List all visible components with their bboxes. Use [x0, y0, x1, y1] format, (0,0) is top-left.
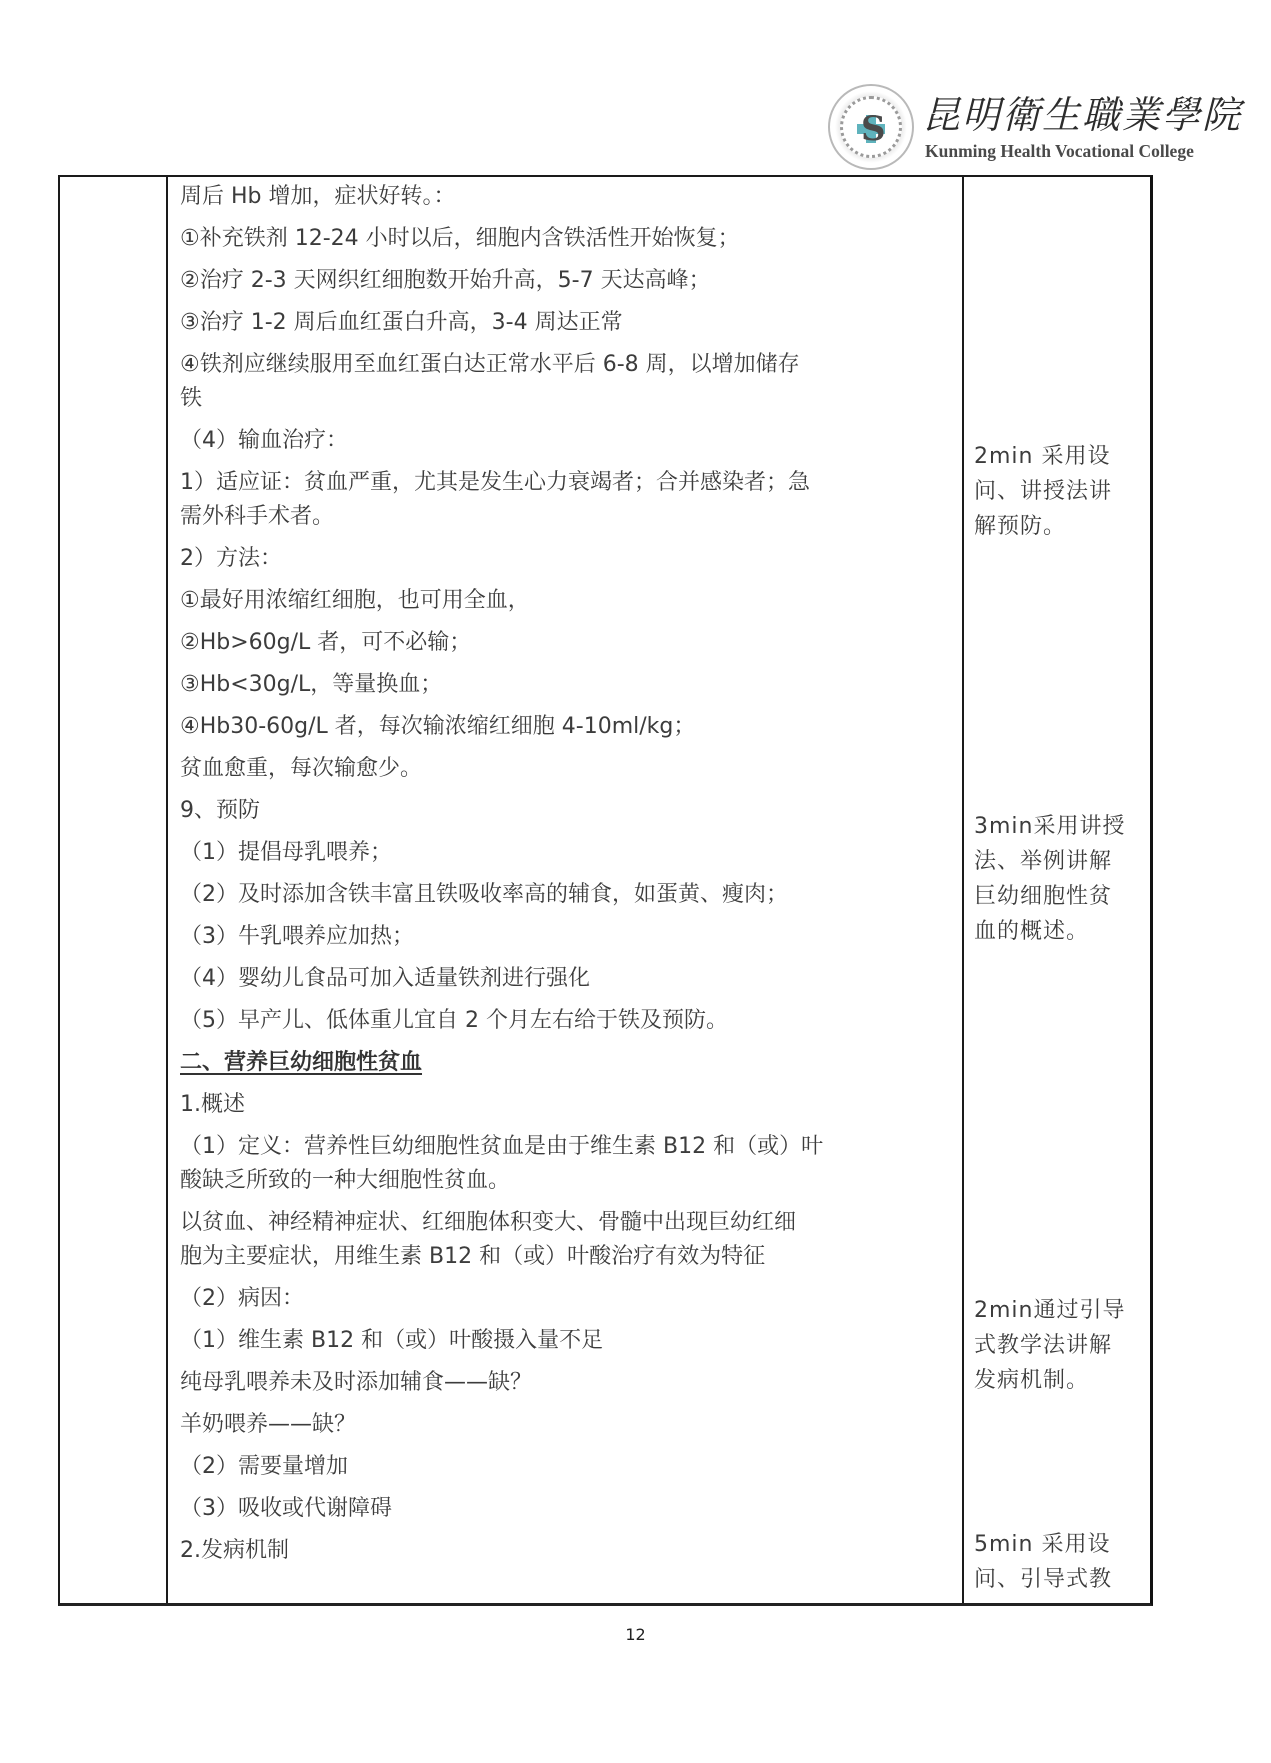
teaching-note-line: 问、引导式教: [974, 1562, 1144, 1597]
content-line: 胞为主要症状，用维生素 B12 和（或）叶酸治疗有效为特征: [180, 1241, 765, 1273]
logo-english-name: Kunming Health Vocational College: [925, 141, 1194, 162]
teaching-note: 2min通过引导式教学法讲解发病机制。: [974, 1293, 1144, 1398]
content-line: 纯母乳喂养未及时添加辅食——缺？: [180, 1367, 532, 1399]
content-line: 铁: [180, 383, 202, 415]
content-line: 以贫血、神经精神症状、红细胞体积变大、骨髓中出现巨幼红细: [180, 1207, 796, 1239]
content-line: （1）定义：营养性巨幼细胞性贫血是由于维生素 B12 和（或）叶: [180, 1131, 823, 1163]
content-line: 羊奶喂养——缺？: [180, 1409, 356, 1441]
content-line: 2）方法：: [180, 543, 282, 575]
content-line: （2）需要量增加: [180, 1451, 348, 1483]
content-line: ④铁剂应继续服用至血红蛋白达正常水平后 6-8 周，以增加储存: [180, 349, 800, 381]
content-line: ②Hb>60g/L 者，可不必输；: [180, 627, 471, 659]
teaching-note-line: 2min通过引导: [974, 1293, 1144, 1328]
teaching-note-line: 巨幼细胞性贫: [974, 879, 1144, 914]
teaching-note-line: 式教学法讲解: [974, 1328, 1144, 1363]
teaching-note: 2min 采用设问、讲授法讲解预防。: [974, 439, 1144, 544]
content-line: （1）提倡母乳喂养；: [180, 837, 392, 869]
teaching-note: 3min采用讲授法、举例讲解巨幼细胞性贫血的概述。: [974, 809, 1144, 949]
content-line: （2）病因：: [180, 1283, 304, 1315]
content-line: 2.发病机制: [180, 1535, 289, 1567]
content-line: （3）吸收或代谢障碍: [180, 1493, 392, 1525]
teaching-note-line: 发病机制。: [974, 1363, 1144, 1398]
page-number: 12: [0, 1625, 1271, 1644]
content-line: （5）早产儿、低体重儿宜自 2 个月左右给于铁及预防。: [180, 1005, 728, 1037]
content-line: （4）婴幼儿食品可加入适量铁剂进行强化: [180, 963, 590, 995]
serpent-icon: S: [861, 108, 881, 150]
content-line: （2）及时添加含铁丰富且铁吸收率高的辅食，如蛋黄、瘦肉；: [180, 879, 788, 911]
content-line: ③Hb<30g/L，等量换血；: [180, 669, 442, 701]
college-logo: S 昆明衛生職業學院 Kunming Health Vocational Col…: [822, 78, 1222, 178]
teaching-note-line: 3min采用讲授: [974, 809, 1144, 844]
content-line: （1）维生素 B12 和（或）叶酸摄入量不足: [180, 1325, 603, 1357]
content-line: 周后 Hb 增加，症状好转。：: [180, 181, 456, 213]
content-line: （4）输血治疗：: [180, 425, 348, 457]
content-line: ①补充铁剂 12-24 小时以后，细胞内含铁活性开始恢复；: [180, 223, 740, 255]
content-line: ①最好用浓缩红细胞，也可用全血，: [180, 585, 530, 617]
content-line: ④Hb30-60g/L 者，每次输浓缩红细胞 4-10ml/kg；: [180, 711, 695, 743]
table-column-empty: [60, 177, 168, 1603]
teaching-note-line: 血的概述。: [974, 914, 1144, 949]
logo-chinese-name: 昆明衛生職業學院: [922, 84, 1222, 134]
content-line: 1）适应证：贫血严重，尤其是发生心力衰竭者；合并感染者；急: [180, 467, 810, 499]
content-line: ③治疗 1-2 周后血红蛋白升高，3-4 周达正常: [180, 307, 623, 339]
section-heading: 二、营养巨幼细胞性贫血: [180, 1047, 422, 1079]
content-line: 贫血愈重，每次输愈少。: [180, 753, 422, 785]
teaching-note-line: 5min 采用设: [974, 1527, 1144, 1562]
content-line: 需外科手术者。: [180, 501, 334, 533]
teaching-note: 5min 采用设问、引导式教: [974, 1527, 1144, 1597]
content-line: 酸缺乏所致的一种大细胞性贫血。: [180, 1165, 510, 1197]
lesson-plan-table: 周后 Hb 增加，症状好转。：①补充铁剂 12-24 小时以后，细胞内含铁活性开…: [58, 175, 1153, 1606]
table-column-teaching-notes: 2min 采用设问、讲授法讲解预防。3min采用讲授法、举例讲解巨幼细胞性贫血的…: [964, 177, 1152, 1603]
teaching-note-line: 问、讲授法讲: [974, 474, 1144, 509]
teaching-note-line: 解预防。: [974, 509, 1144, 544]
content-line: ②治疗 2-3 天网织红细胞数开始升高，5-7 天达高峰；: [180, 265, 711, 297]
teaching-note-line: 法、举例讲解: [974, 844, 1144, 879]
content-line: （3）牛乳喂养应加热；: [180, 921, 414, 953]
content-line: 9、预防: [180, 795, 260, 827]
table-column-content: 周后 Hb 增加，症状好转。：①补充铁剂 12-24 小时以后，细胞内含铁活性开…: [168, 177, 964, 1603]
content-line: 1.概述: [180, 1089, 245, 1121]
college-seal-icon: S: [828, 84, 914, 170]
teaching-note-line: 2min 采用设: [974, 439, 1144, 474]
